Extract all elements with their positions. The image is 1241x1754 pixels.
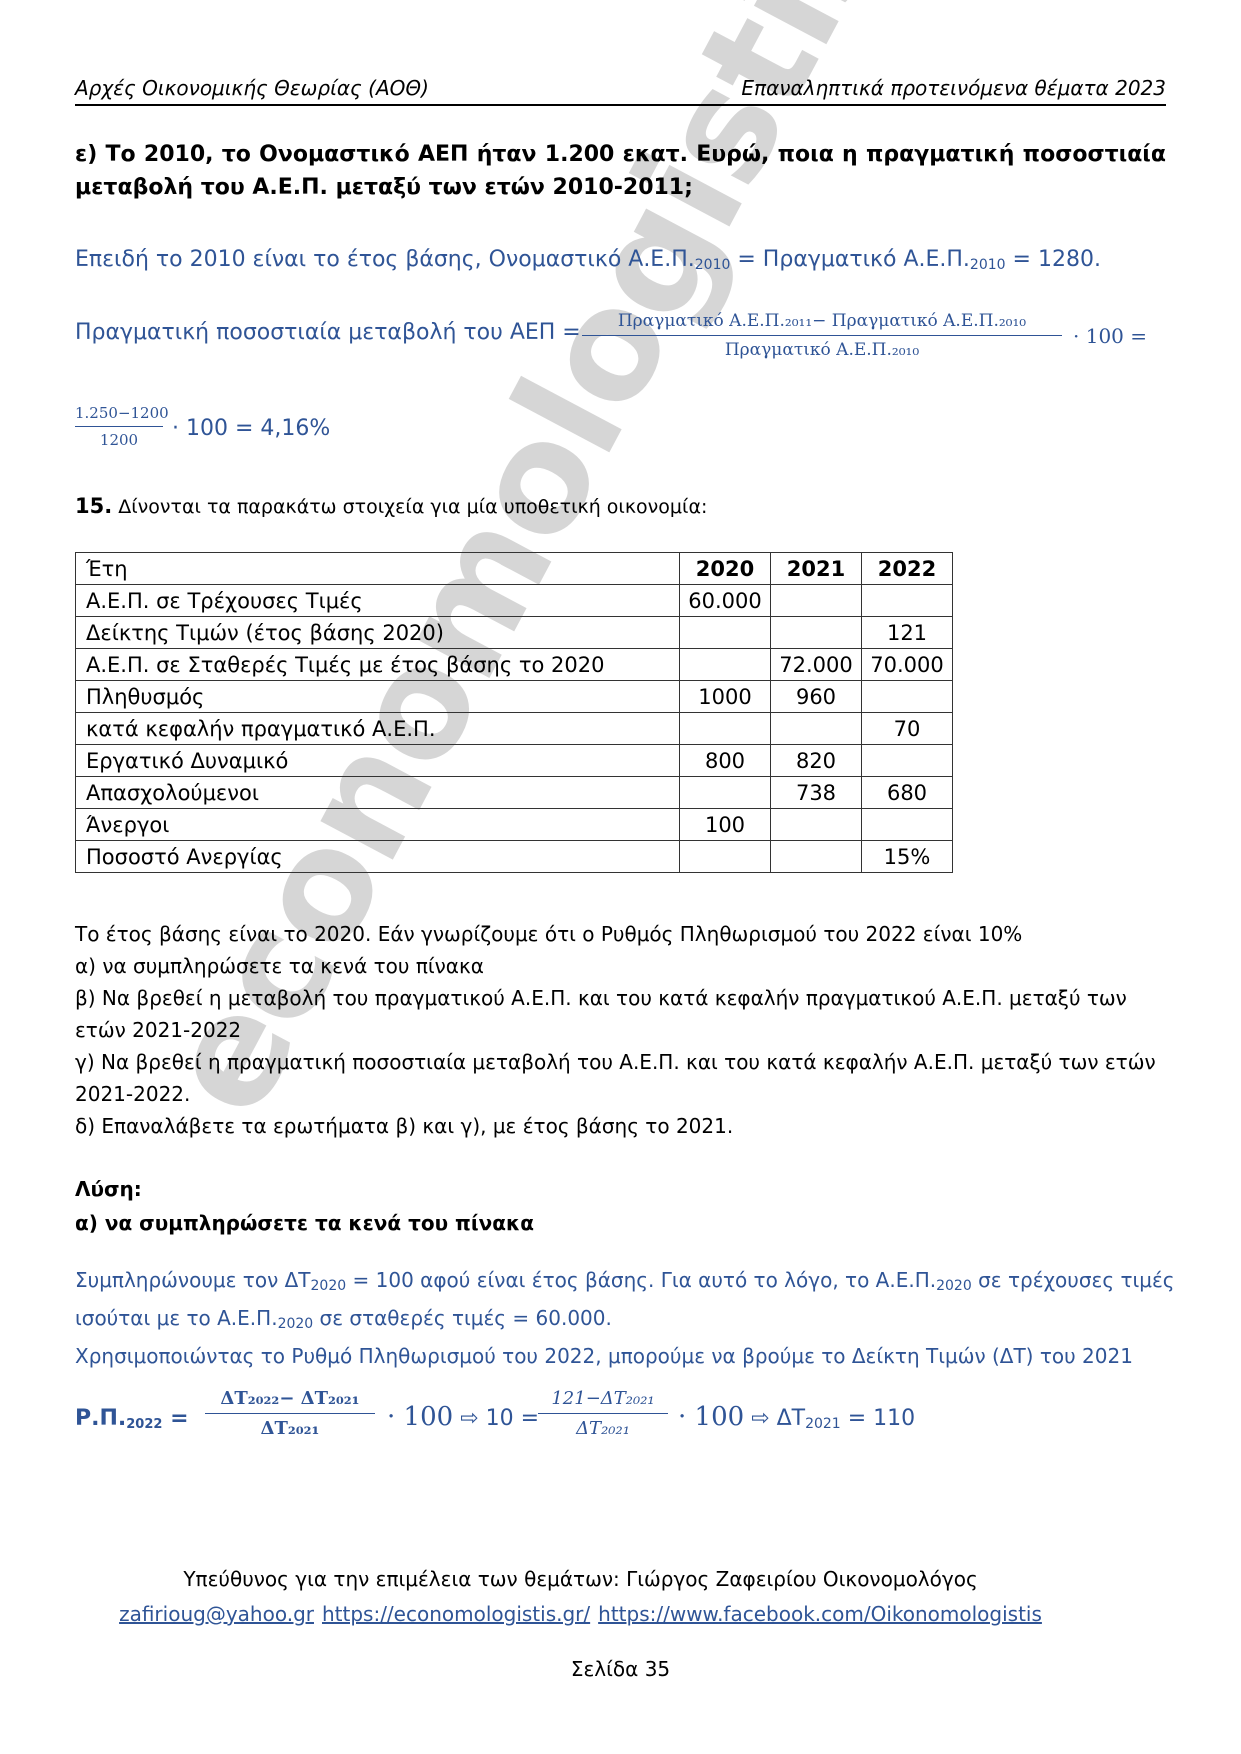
question-part: δ) Επαναλάβετε τα ερωτήματα β) και γ), μ… [75,1110,1175,1142]
question-part: α) να συμπληρώσετε τα κενά του πίνακα [75,950,1175,982]
table-cell: 960 [771,681,862,713]
table-cell: 70 [862,713,953,745]
inflation-formula: Ρ.Π.2022 = ΔΤ₂₀₂₂− ΔΤ₂₀₂₁ ΔΤ₂₀₂₁ · 100 ⇨… [75,1388,975,1458]
footer-links: zafirioug@yahoo.grhttps://economologisti… [0,1602,1201,1626]
table-cell [771,713,862,745]
row-label: Δείκτης Τιμών (έτος βάσης 2020) [76,617,680,649]
table-cell [680,777,771,809]
formula-lhs: Πραγματική ποσοστιαία μεταβολή του ΑΕΠ = [75,320,581,345]
solution-text: Συμπληρώνουμε τον ΔΤ2020 = 100 αφού είνα… [75,1264,1185,1372]
table-row: κατά κεφαλήν πραγματικό Α.Ε.Π.70 [76,713,953,745]
calc-numerator: 1.250−1200 [75,404,163,422]
question-part: β) Να βρεθεί η μεταβολή του πραγματικού … [75,982,1175,1046]
table-row: Δείκτης Τιμών (έτος βάσης 2020)121 [76,617,953,649]
solution-paragraph-2: Χρησιμοποιώντας το Ρυθμό Πληθωρισμού του… [75,1340,1185,1372]
answer-e-formula: Πραγματική ποσοστιαία μεταβολή του ΑΕΠ =… [75,320,1175,370]
row-label: Άνεργοι [76,809,680,841]
table-row: Απασχολούμενοι738680 [76,777,953,809]
email-link[interactable]: zafirioug@yahoo.gr [119,1602,314,1626]
table-row: Α.Ε.Π. σε Σταθερές Τιμές με έτος βάσης τ… [76,649,953,681]
facebook-link[interactable]: https://www.facebook.com/Oikonomologisti… [598,1602,1042,1626]
table-cell: 1000 [680,681,771,713]
formula-middle: · 100 ⇨ 10 = [387,1402,539,1432]
formula-fraction-1: ΔΤ₂₀₂₂− ΔΤ₂₀₂₁ ΔΤ₂₀₂₁ [205,1388,375,1439]
question-number: 15. [75,494,112,518]
table-cell: 820 [771,745,862,777]
table-cell: 2020 [680,553,771,585]
table-cell: 2021 [771,553,862,585]
header-doc-title: Επαναληπτικά προτεινόμενα θέματα 2023 [741,76,1166,100]
page-header: Αρχές Οικονομικής Θεωρίας (ΑΟΘ) Επαναληπ… [75,76,1166,106]
calc-fraction: 1.250−1200 1200 [75,404,163,449]
formula-result: · 100 ⇨ ΔΤ2021 = 110 [678,1402,915,1432]
table-cell: 60.000 [680,585,771,617]
solution-title: Λύση: [75,1172,534,1206]
table-cell [862,809,953,841]
question-15: 15. Δίνονται τα παρακάτω στοιχεία για μί… [75,494,707,518]
formula-fraction-2: 121−ΔT₂₀₂₁ ΔT₂₀₂₁ [538,1388,668,1439]
question-part: γ) Να βρεθεί η πραγματική ποσοστιαία μετ… [75,1046,1175,1110]
table-header-row: Έτη202020212022 [76,553,953,585]
solution-paragraph-1: Συμπληρώνουμε τον ΔΤ2020 = 100 αφού είνα… [75,1264,1185,1340]
row-label: Α.Ε.Π. σε Σταθερές Τιμές με έτος βάσης τ… [76,649,680,681]
page-number: Σελίδα 35 [0,1657,1241,1681]
row-label: Πληθυσμός [76,681,680,713]
row-label: Εργατικό Δυναμικό [76,745,680,777]
table-cell [680,713,771,745]
row-label: Α.Ε.Π. σε Τρέχουσες Τιμές [76,585,680,617]
formula-lhs: Ρ.Π.2022 = [75,1406,189,1432]
table-cell: 2022 [862,553,953,585]
fraction-denominator: Πραγματικό Α.Ε.Π.₂₀₁₀ [582,340,1062,360]
table-row: Ποσοστό Ανεργίας15% [76,841,953,873]
calc-result: · 100 = 4,16% [172,416,330,441]
table-cell [771,809,862,841]
table-cell: 15% [862,841,953,873]
fraction-numerator: Πραγματικό Α.Ε.Π.₂₀₁₁− Πραγματικό Α.Ε.Π.… [582,311,1062,331]
row-label: Έτη [76,553,680,585]
table-cell [680,649,771,681]
table-cell [771,841,862,873]
calc-denominator: 1200 [75,431,163,449]
table-cell: 72.000 [771,649,862,681]
table-row: Εργατικό Δυναμικό800820 [76,745,953,777]
table-cell [680,617,771,649]
fraction-bar [75,426,163,427]
table-row: Άνεργοι100 [76,809,953,841]
table-cell [862,745,953,777]
document-page: economologistis.gr Αρχές Οικονομικής Θεω… [0,0,1241,1754]
website-link[interactable]: https://economologistis.gr/ [322,1602,590,1626]
footer-editor: Υπεύθυνος για την επιμέλεια των θεμάτων:… [0,1567,1201,1591]
formula-times-100: · 100 = [1073,324,1147,348]
table-cell [862,585,953,617]
table-cell [680,841,771,873]
table-row: Πληθυσμός1000960 [76,681,953,713]
row-label: Απασχολούμενοι [76,777,680,809]
formula-fraction: Πραγματικό Α.Ε.Π.₂₀₁₁− Πραγματικό Α.Ε.Π.… [582,311,1062,360]
table-cell [771,617,862,649]
economy-data-table: Έτη202020212022Α.Ε.Π. σε Τρέχουσες Τιμές… [75,552,953,873]
solution-heading: Λύση: α) να συμπληρώσετε τα κενά του πίν… [75,1172,534,1240]
table-cell: 800 [680,745,771,777]
row-label: κατά κεφαλήν πραγματικό Α.Ε.Π. [76,713,680,745]
table-cell [771,585,862,617]
question-parts: Το έτος βάσης είναι το 2020. Εάν γνωρίζο… [75,918,1175,1142]
table-cell: 100 [680,809,771,841]
header-course-title: Αρχές Οικονομικής Θεωρίας (ΑΟΘ) [75,76,429,100]
table-cell: 680 [862,777,953,809]
question-part: Το έτος βάσης είναι το 2020. Εάν γνωρίζο… [75,918,1175,950]
table-cell: 70.000 [862,649,953,681]
question-e: ε) Το 2010, το Ονομαστικό ΑΕΠ ήταν 1.200… [75,138,1166,204]
table-cell: 121 [862,617,953,649]
table-cell: 738 [771,777,862,809]
fraction-bar [582,335,1062,336]
answer-e-calculation: 1.250−1200 1200 · 100 = 4,16% [75,404,475,454]
answer-e-line1: Επειδή το 2010 είναι το έτος βάσης, Ονομ… [75,247,1101,273]
question-intro: Δίνονται τα παρακάτω στοιχεία για μία υπ… [112,496,707,518]
row-label: Ποσοστό Ανεργίας [76,841,680,873]
table-cell [862,681,953,713]
table-row: Α.Ε.Π. σε Τρέχουσες Τιμές60.000 [76,585,953,617]
solution-subtitle: α) να συμπληρώσετε τα κενά του πίνακα [75,1206,534,1240]
